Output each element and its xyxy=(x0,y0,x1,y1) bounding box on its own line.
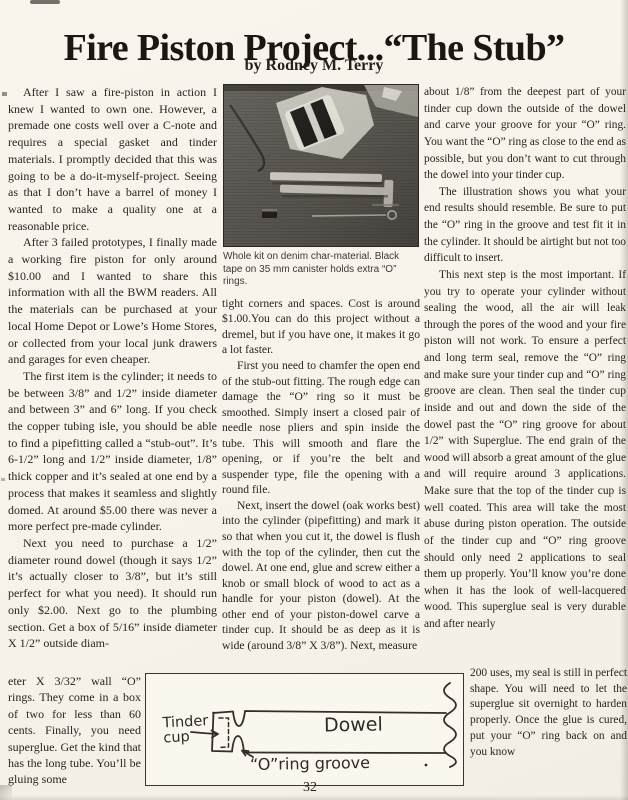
paragraph: First you need to chamfer the open end o… xyxy=(222,358,420,498)
diagram-label-tinder-cup: Tinder cup xyxy=(162,714,219,747)
article-byline: by Rodney M. Terry xyxy=(0,57,628,75)
scan-smudge xyxy=(30,0,60,4)
diagram-label-oring-groove: “O”ring groove xyxy=(250,753,370,774)
paragraph: After 3 failed prototypes, I finally mad… xyxy=(8,234,217,368)
column-1: After I saw a fire-piston in action I kn… xyxy=(8,84,217,673)
paragraph: The first item is the cylinder; it needs… xyxy=(8,368,217,535)
kit-photo-image xyxy=(224,85,418,246)
paragraph: about 1/8” from the deepest part of your… xyxy=(424,84,626,184)
column-3-wrap: 200 uses, my seal is still in perfect sh… xyxy=(470,666,627,760)
paragraph: Next, insert the dowel (oak works best) … xyxy=(222,498,420,653)
magazine-page: Fire Piston Project...“The Stub” by Rodn… xyxy=(0,0,628,800)
paragraph: The illustration shows you what your end… xyxy=(424,184,626,267)
scan-mark xyxy=(1,478,5,481)
column-1-wrap: eter X 3/32” wall “O” rings. They come i… xyxy=(8,673,141,788)
dowel-diagram: Tinder cup Dowel “O”ring groove xyxy=(145,673,464,786)
paragraph: After I saw a fire-piston in action I kn… xyxy=(8,84,217,234)
paragraph: eter X 3/32” wall “O” rings. They come i… xyxy=(8,673,141,788)
scan-mark xyxy=(2,92,7,96)
photo-caption: Whole kit on denim char-material. Black … xyxy=(223,251,420,289)
column-3: about 1/8” from the deepest part of your… xyxy=(424,84,626,666)
paragraph: Next you need to purchase a 1/2” diamete… xyxy=(8,535,217,652)
paragraph: tight corners and spaces. Cost is around… xyxy=(222,296,420,358)
paragraph: 200 uses, my seal is still in perfect sh… xyxy=(470,666,627,760)
ink-dot xyxy=(425,764,428,767)
page-number: 32 xyxy=(0,780,620,796)
column-2: Whole kit on denim char-material. Black … xyxy=(222,84,420,673)
paragraph: This next step is the most important. If… xyxy=(424,267,626,633)
kit-photo xyxy=(223,84,419,247)
diagram-label-dowel: Dowel xyxy=(324,713,383,736)
